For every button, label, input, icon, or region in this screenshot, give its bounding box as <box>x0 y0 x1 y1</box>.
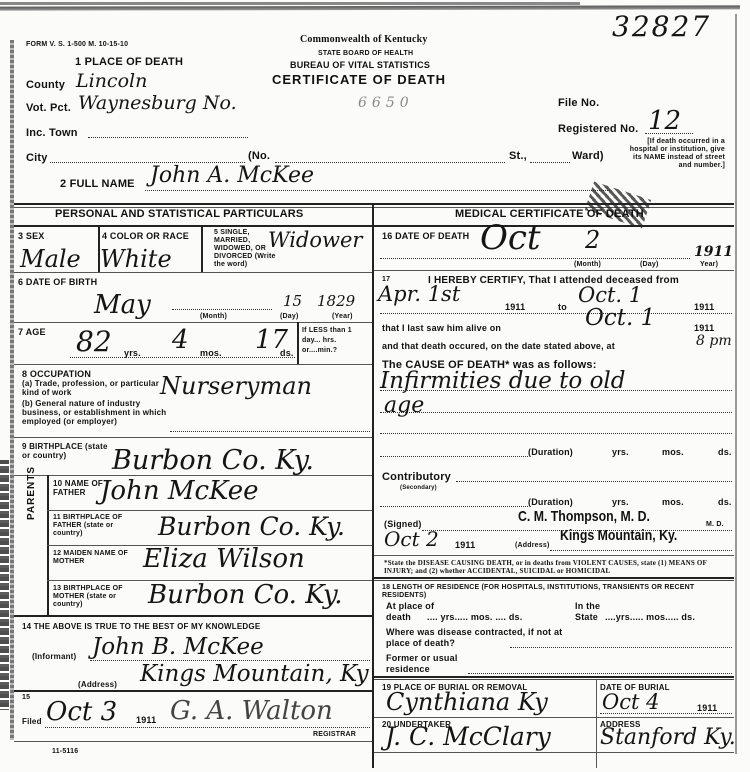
age-months: 4 <box>172 325 189 355</box>
age-label: 7 AGE <box>18 327 46 337</box>
county-value: Lincoln <box>76 70 147 92</box>
signed-value: C. M. Thompson, M. D. <box>518 508 650 525</box>
pencil-note: 6650 <box>358 95 414 111</box>
contributory-label: Contributory <box>382 471 451 483</box>
burial-year: 1911 <box>697 703 717 713</box>
address-label: (Address) <box>515 542 549 549</box>
mother-birthplace-label: 13 BIRTHPLACE OF MOTHER (state or countr… <box>53 585 143 609</box>
dod-day: 2 <box>585 226 600 254</box>
informant-label: (Informant) <box>32 652 76 661</box>
last-saw-value: Oct. 1 <box>585 305 655 331</box>
undertaker-address-value: Stanford Ky. <box>600 725 736 750</box>
dob-year: 1829 <box>317 292 355 310</box>
informant-address-value: Kings Mountain, Ky <box>140 661 369 687</box>
occupation-b-label: (b) General nature of industry business,… <box>22 399 172 426</box>
dob-month: May <box>94 290 151 320</box>
day-caption: (Day) <box>280 313 299 320</box>
signed-year: 1911 <box>455 540 475 550</box>
full-name-label: 2 FULL NAME <box>60 178 135 190</box>
last-saw-text: that I last saw him alive on <box>382 323 501 333</box>
registered-no-label: Registered No. <box>558 123 638 135</box>
marital-label: 5 SINGLE, MARRIED, WIDOWED, OR DIVORCED … <box>214 229 276 269</box>
board-title: STATE BOARD OF HEALTH <box>318 50 413 57</box>
attended-to-year: 1911 <box>694 302 714 312</box>
death-certificate: FORM V. S. 1-500 M. 10-15-10 Commonwealt… <box>0 0 750 772</box>
registered-no-value: 12 <box>648 106 681 136</box>
duration-label: (Duration) <box>528 447 573 457</box>
race-label: 4 COLOR OR RACE <box>102 231 189 241</box>
sex-value: Male <box>20 245 81 273</box>
city-label: City <box>26 152 48 164</box>
vot-pct-label: Vot. Pct. <box>26 102 71 114</box>
informant-value: John B. McKee <box>92 634 264 660</box>
occupation-value: Nurseryman <box>160 372 312 400</box>
dod-label: 16 DATE OF DEATH <box>382 231 469 241</box>
residence-heading: 18 LENGTH OF RESIDENCE (FOR HOSPITALS, I… <box>382 584 732 600</box>
full-name-value: John A. McKee <box>150 163 314 188</box>
to-label: to <box>558 302 567 312</box>
informant-heading: 14 THE ABOVE IS TRUE TO THE BEST OF MY K… <box>22 622 260 631</box>
hospital-note: [If death occurred in a hospital or inst… <box>625 138 725 170</box>
last-saw-year: 1911 <box>694 323 714 333</box>
death-time-value: 8 pm <box>696 333 732 349</box>
mother-name-value: Eliza Wilson <box>143 544 305 574</box>
stamp-number: 32827 <box>612 10 711 43</box>
parents-label: PARENTS <box>26 466 37 520</box>
occupation-a-label: (a) Trade, profession, or particular kin… <box>22 379 172 397</box>
race-value: White <box>100 245 172 273</box>
birthplace-label: 9 BIRTHPLACE (state or country) <box>22 442 112 460</box>
cause-value-line2: age <box>384 393 424 418</box>
age-years: 82 <box>76 325 112 358</box>
commonwealth-title: Commonwealth of Kentucky <box>300 34 428 45</box>
burial-place-value: Cynthiana Ky <box>386 688 548 716</box>
father-name-value: John McKee <box>100 476 259 506</box>
marital-value: Widower <box>268 228 362 252</box>
father-birthplace-label: 11 BIRTHPLACE OF FATHER (state or countr… <box>53 514 143 538</box>
attended-from-year: 1911 <box>505 302 525 312</box>
address-value: Kings Mountain, Ky. <box>560 527 677 544</box>
right-border <box>735 14 737 754</box>
dod-month: Oct <box>480 218 541 258</box>
place-of-death-heading: 1 PLACE OF DEATH <box>75 56 183 68</box>
contracted-label: Where was disease contracted, if not at … <box>386 627 586 649</box>
month-caption: (Month) <box>200 313 227 320</box>
dob-day: 15 <box>283 292 302 310</box>
dob-label: 6 DATE OF BIRTH <box>18 277 97 287</box>
left-border <box>10 40 14 740</box>
st-label: St., <box>509 150 527 162</box>
burial-date-value: Oct 4 <box>602 690 659 714</box>
paper-edge <box>0 2 580 5</box>
inc-town-label: Inc. Town <box>26 127 78 139</box>
occupation-label: 8 OCCUPATION <box>22 369 91 379</box>
certificate-title: CERTIFICATE OF DEATH <box>272 72 446 87</box>
filed-date: Oct 3 <box>46 697 117 727</box>
attended-to: Oct. 1 <box>578 283 642 307</box>
county-label: County <box>26 79 65 91</box>
mother-name-label: 12 MAIDEN NAME OF MOTHER <box>53 550 143 566</box>
personal-heading: PERSONAL AND STATISTICAL PARTICULARS <box>55 208 303 220</box>
margin-stub <box>0 460 9 710</box>
filed-number: 15 <box>22 694 30 701</box>
form-code: 11-5116 <box>52 748 78 755</box>
mother-birthplace-value: Burbon Co. Ky. <box>148 580 342 610</box>
signed-date: Oct 2 <box>384 527 439 551</box>
no-label: (No. <box>248 150 270 162</box>
vot-pct-value: Waynesburg No. <box>78 92 237 114</box>
registrar-signature: G. A. Walton <box>170 696 333 726</box>
ink-blot <box>585 181 651 228</box>
cause-footnote: *State the DISEASE CAUSING DEATH, or in … <box>384 559 729 575</box>
filed-label: Filed <box>22 717 42 726</box>
father-birthplace-value: Burbon Co. Ky. <box>158 512 345 541</box>
sex-label: 3 SEX <box>18 231 45 241</box>
ward-label: Ward) <box>572 150 604 162</box>
file-no-label: File No. <box>558 97 599 109</box>
md-label: M. D. <box>706 521 724 528</box>
filed-year: 1911 <box>136 715 156 725</box>
undertaker-value: J. C. McClary <box>385 722 551 751</box>
birthplace-value: Burbon Co. Ky. <box>112 445 314 476</box>
death-time-text: and that death occured, on the date stat… <box>382 341 615 351</box>
informant-address-label: (Address) <box>78 680 117 689</box>
less-than-day: If LESS than 1 day... hrs. or....min.? <box>302 326 370 356</box>
registrar-label: REGISTRAR <box>313 731 356 738</box>
year-caption: (Year) <box>332 313 353 320</box>
dod-year: 1911 <box>694 244 733 260</box>
column-divider <box>372 203 374 768</box>
former-residence-label: Former or usual residence <box>386 653 486 675</box>
bureau-title: BUREAU OF VITAL STATISTICS <box>290 60 430 70</box>
form-number: FORM V. S. 1-500 M. 10-15-10 <box>26 41 128 48</box>
duration-label-2: (Duration) <box>528 497 573 507</box>
secondary-label: (Secondary) <box>400 485 437 491</box>
attended-from: Apr. 1st <box>378 282 460 306</box>
